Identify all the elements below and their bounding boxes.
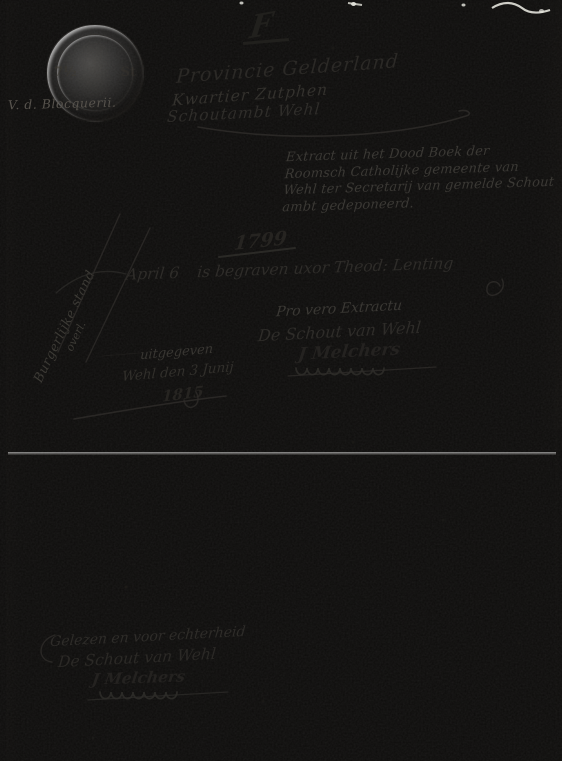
right-edge-line (555, 380, 558, 761)
registrar-paraph: V. d. Blocquerii. (8, 95, 117, 113)
horizontal-fold-crease (8, 452, 556, 455)
right-fold-shadow (538, 0, 562, 430)
bottom-right-corner-shade (512, 721, 562, 761)
left-torn-edge-shadow (6, 0, 20, 761)
archival-document-scan: 7½ St F V. d. Blocquerii. Provincie Geld… (0, 0, 562, 761)
top-edge-shadow (0, 3, 562, 12)
extract-source-note: Extract uit het Dood Boek der Roomsch Ca… (282, 142, 557, 217)
stamp-unit-text: St (121, 65, 136, 80)
stamp-value-text: 7½ (54, 65, 77, 80)
closing-signature: J Melchers (91, 666, 187, 688)
stamp-coat-of-arms (77, 41, 111, 99)
spacer (179, 277, 197, 278)
